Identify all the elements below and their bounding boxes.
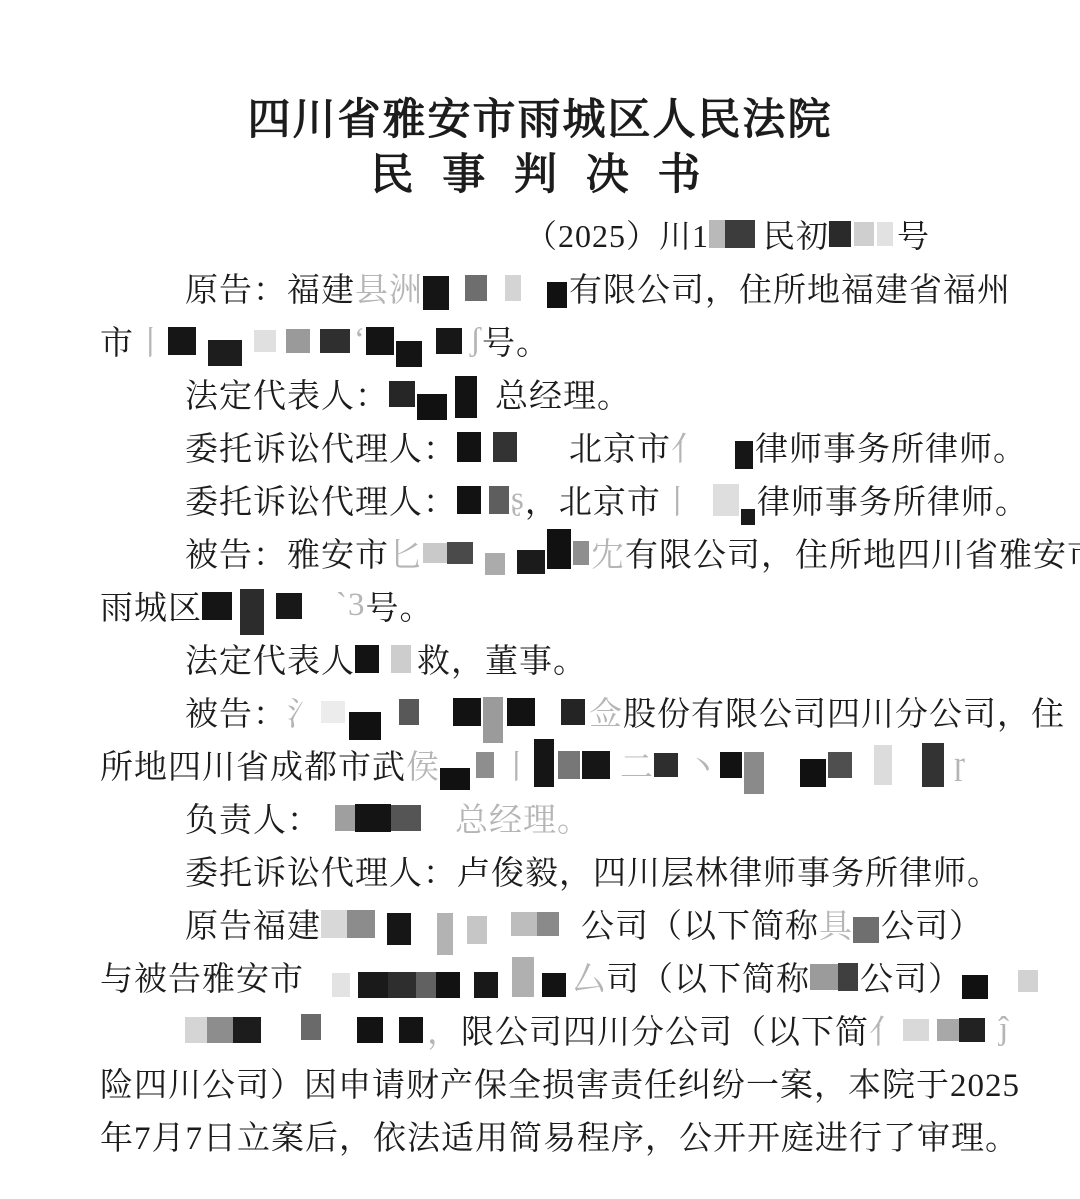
text-run: 年7月7日立案后，依法适用简易程序，公开开庭进行了审理。: [100, 1112, 1019, 1159]
faded-text: 侯: [406, 741, 440, 788]
faded-text: 县洲: [355, 264, 423, 311]
text-run: ，北京市: [525, 476, 661, 523]
redaction-block: [399, 699, 419, 725]
redaction-block: [854, 222, 874, 246]
faded-text: 丨: [134, 317, 168, 364]
redaction-block: [483, 697, 503, 743]
redaction-block: [582, 751, 610, 779]
redaction-block: [744, 752, 764, 794]
redaction-block: [800, 759, 826, 787]
redaction-block: [874, 745, 892, 785]
document-line: 法定代表人：总经理。: [100, 367, 980, 420]
faded-text: ĵ: [999, 1011, 1009, 1048]
redaction-block: [465, 275, 487, 301]
text-run: 股份有限公司四川分公司，住: [623, 688, 1065, 735]
faded-text: 丨: [661, 476, 695, 523]
redaction-block: [276, 593, 302, 619]
faded-text: ʻ: [354, 322, 366, 359]
redaction-block: [388, 972, 416, 998]
text-run: 委托诉讼代理人：卢俊毅，四川层林律师事务所律师。: [185, 847, 1001, 894]
text-run: 原告：福建: [185, 264, 355, 311]
redaction-block: [320, 329, 350, 353]
text-run: 号。: [366, 582, 434, 629]
redaction-block: [416, 972, 436, 998]
redaction-block: [922, 743, 944, 787]
redaction-block: [709, 220, 725, 248]
redaction-block: [877, 222, 893, 246]
text-run: 雨城区: [100, 582, 202, 629]
faded-text: ʂ: [511, 481, 525, 518]
redaction-block: [355, 645, 379, 673]
text-run: 公司）: [860, 953, 962, 1000]
document-line: 委托诉讼代理人：北京市亻律师事务所律师。: [100, 420, 980, 473]
faded-text: 二: [620, 741, 654, 788]
text-run: 司（以下简称: [606, 953, 810, 1000]
text-run: 律师事务所律师。: [755, 423, 1027, 470]
court-name-title: 四川省雅安市雨城区人民法院: [100, 94, 980, 148]
text-run: 被告：: [185, 688, 287, 735]
redaction-block: [573, 541, 589, 565]
text-run: 总经理。: [495, 370, 631, 417]
redaction-block: [349, 712, 381, 740]
redaction-block: [505, 275, 521, 301]
redaction-block: [440, 768, 470, 790]
redaction-block: [417, 394, 447, 420]
redaction-block: [391, 645, 411, 673]
redaction-block: [453, 698, 481, 726]
faded-text: 具: [819, 900, 853, 947]
redaction-block: [467, 916, 487, 944]
faded-text: 佥: [589, 688, 623, 735]
redaction-block: [654, 753, 678, 777]
faded-text: 总经理。: [455, 794, 591, 841]
redaction-block: [735, 441, 753, 469]
text-run: 所地四川省成都市武: [100, 741, 406, 788]
text-run: 委托诉讼代理人：: [185, 476, 457, 523]
redaction-block: [423, 276, 449, 310]
redaction-block: [357, 1017, 383, 1043]
document-line: 委托诉讼代理人：ʂ，北京市丨律师事务所律师。: [100, 473, 980, 526]
redaction-block: [741, 509, 755, 525]
judgment-document: 四川省雅安市雨城区人民法院 民 事 判 决 书 （2025）川1民初号原告：福建…: [0, 0, 1080, 1162]
redaction-block: [511, 912, 537, 936]
text-run: 救，董事。: [417, 635, 587, 682]
text-run: 号。: [482, 317, 550, 364]
document-line: 年7月7日立案后，依法适用简易程序，公开开庭进行了审理。: [100, 1109, 980, 1162]
redaction-block: [903, 1019, 929, 1041]
text-run: 有限公司，住所地福建省福州: [569, 264, 1011, 311]
faded-text: 亻: [671, 423, 705, 470]
document-line: 原告福建公司（以下简称具公司）: [100, 897, 980, 950]
redaction-block: [447, 542, 473, 564]
redaction-block: [853, 917, 879, 943]
faded-text: ˋ3: [336, 587, 366, 624]
redaction-block: [713, 484, 739, 516]
faded-text: 氵: [287, 688, 321, 735]
document-line: 负责人：总经理。: [100, 791, 980, 844]
redaction-block: [962, 975, 988, 999]
redaction-block: [208, 340, 242, 366]
redaction-block: [489, 486, 509, 514]
text-run: 委托诉讼代理人：: [185, 423, 457, 470]
faded-text: ，: [427, 1006, 461, 1053]
redaction-block: [335, 805, 355, 831]
text-run: 负责人：: [185, 794, 321, 841]
document-type-title: 民 事 判 决 书: [100, 150, 980, 202]
redaction-block: [485, 553, 505, 575]
redaction-block: [358, 972, 388, 998]
document-line: 法定代表人救，董事。: [100, 632, 980, 685]
redaction-block: [534, 739, 554, 787]
text-run: 号: [897, 211, 930, 257]
faded-text: 冘: [591, 529, 625, 576]
case-number-line: （2025）川1民初号: [100, 211, 980, 257]
text-run: 有限公司，住所地四川省雅安市: [625, 529, 1080, 576]
redaction-block: [391, 805, 421, 831]
redaction-block: [396, 341, 422, 367]
redaction-block: [476, 752, 494, 778]
document-line: 被告：氵佥股份有限公司四川分公司，住: [100, 685, 980, 738]
faded-text: ʃ: [470, 322, 482, 359]
document-line: 险四川公司）因申请财产保全损害责任纠纷一案，本院于2025: [100, 1056, 980, 1109]
redaction-block: [436, 972, 460, 998]
text-run: 法定代表人: [185, 635, 355, 682]
document-line: 雨城区ˋ3号。: [100, 579, 980, 632]
document-line: 被告：雅安市匕冘有限公司，住所地四川省雅安市: [100, 526, 980, 579]
document-line: 与被告雅安市厶司（以下简称公司）: [100, 950, 980, 1003]
redaction-block: [321, 910, 347, 938]
faded-text: 丨: [500, 741, 534, 788]
redaction-block: [547, 282, 567, 308]
text-run: 法定代表人：: [185, 370, 389, 417]
redaction-block: [959, 1018, 985, 1042]
redaction-block: [423, 543, 447, 563]
redaction-block: [838, 963, 858, 991]
redaction-block: [286, 329, 310, 353]
document-body: （2025）川1民初号原告：福建县洲有限公司，住所地福建省福州市丨ʻʃ号。法定代…: [100, 211, 980, 1162]
redaction-block: [493, 432, 517, 462]
redaction-block: [254, 330, 276, 352]
text-run: 民初: [763, 211, 829, 257]
redaction-block: [558, 751, 580, 779]
redaction-block: [517, 550, 545, 574]
redaction-block: [387, 913, 411, 945]
redaction-block: [240, 589, 264, 635]
text-run: （2025）川1: [525, 211, 709, 257]
text-run: 限公司四川分公司（以下简: [461, 1006, 869, 1053]
redaction-block: [207, 1017, 233, 1043]
redaction-block: [547, 529, 571, 569]
faded-text: 匕: [389, 529, 423, 576]
document-line: ，限公司四川分公司（以下简亻ĵ: [100, 1003, 980, 1056]
faded-text: 厶: [572, 953, 606, 1000]
redaction-block: [202, 592, 232, 620]
redaction-block: [301, 1014, 321, 1040]
document-line: 市丨ʻʃ号。: [100, 314, 980, 367]
redaction-block: [389, 381, 415, 407]
redaction-block: [436, 328, 462, 354]
redaction-block: [810, 964, 838, 990]
faded-text: 亻: [869, 1006, 903, 1053]
faded-text: 丶: [686, 741, 720, 788]
text-run: 被告：雅安市: [185, 529, 389, 576]
redaction-block: [474, 972, 498, 998]
faded-text: ɼ: [954, 746, 966, 783]
redaction-block: [185, 1017, 207, 1043]
text-run: 市: [100, 317, 134, 364]
text-run: 原告福建: [185, 900, 321, 947]
redaction-block: [455, 376, 477, 418]
redaction-block: [168, 327, 196, 355]
redaction-block: [457, 486, 481, 514]
text-run: 与被告雅安市: [100, 953, 304, 1000]
redaction-block: [937, 1019, 959, 1041]
redaction-block: [507, 698, 535, 726]
redaction-block: [561, 699, 585, 725]
redaction-block: [512, 957, 534, 997]
redaction-block: [399, 1017, 423, 1043]
text-run: 公司（以下简称: [581, 900, 819, 947]
document-line: 原告：福建县洲有限公司，住所地福建省福州: [100, 261, 980, 314]
text-run: 北京市: [569, 423, 671, 470]
redaction-block: [366, 327, 394, 355]
text-run: 律师事务所律师。: [757, 476, 1029, 523]
redaction-block: [437, 913, 453, 955]
redaction-block: [725, 220, 755, 248]
redaction-block: [828, 752, 852, 778]
document-line: 所地四川省成都市武侯丨二丶ɼ: [100, 738, 980, 791]
redaction-block: [457, 432, 481, 462]
document-line: 委托诉讼代理人：卢俊毅，四川层林律师事务所律师。: [100, 844, 980, 897]
text-run: 险四川公司）因申请财产保全损害责任纠纷一案，本院于2025: [100, 1059, 1020, 1106]
redaction-block: [347, 910, 375, 938]
redaction-block: [537, 912, 559, 936]
redaction-block: [355, 804, 391, 832]
redaction-block: [720, 752, 742, 778]
redaction-block: [321, 701, 345, 723]
redaction-block: [233, 1017, 261, 1043]
redaction-block: [1018, 970, 1038, 992]
redaction-block: [829, 221, 851, 247]
redaction-block: [542, 973, 566, 997]
redaction-block: [332, 973, 350, 997]
text-run: 公司）: [881, 900, 983, 947]
